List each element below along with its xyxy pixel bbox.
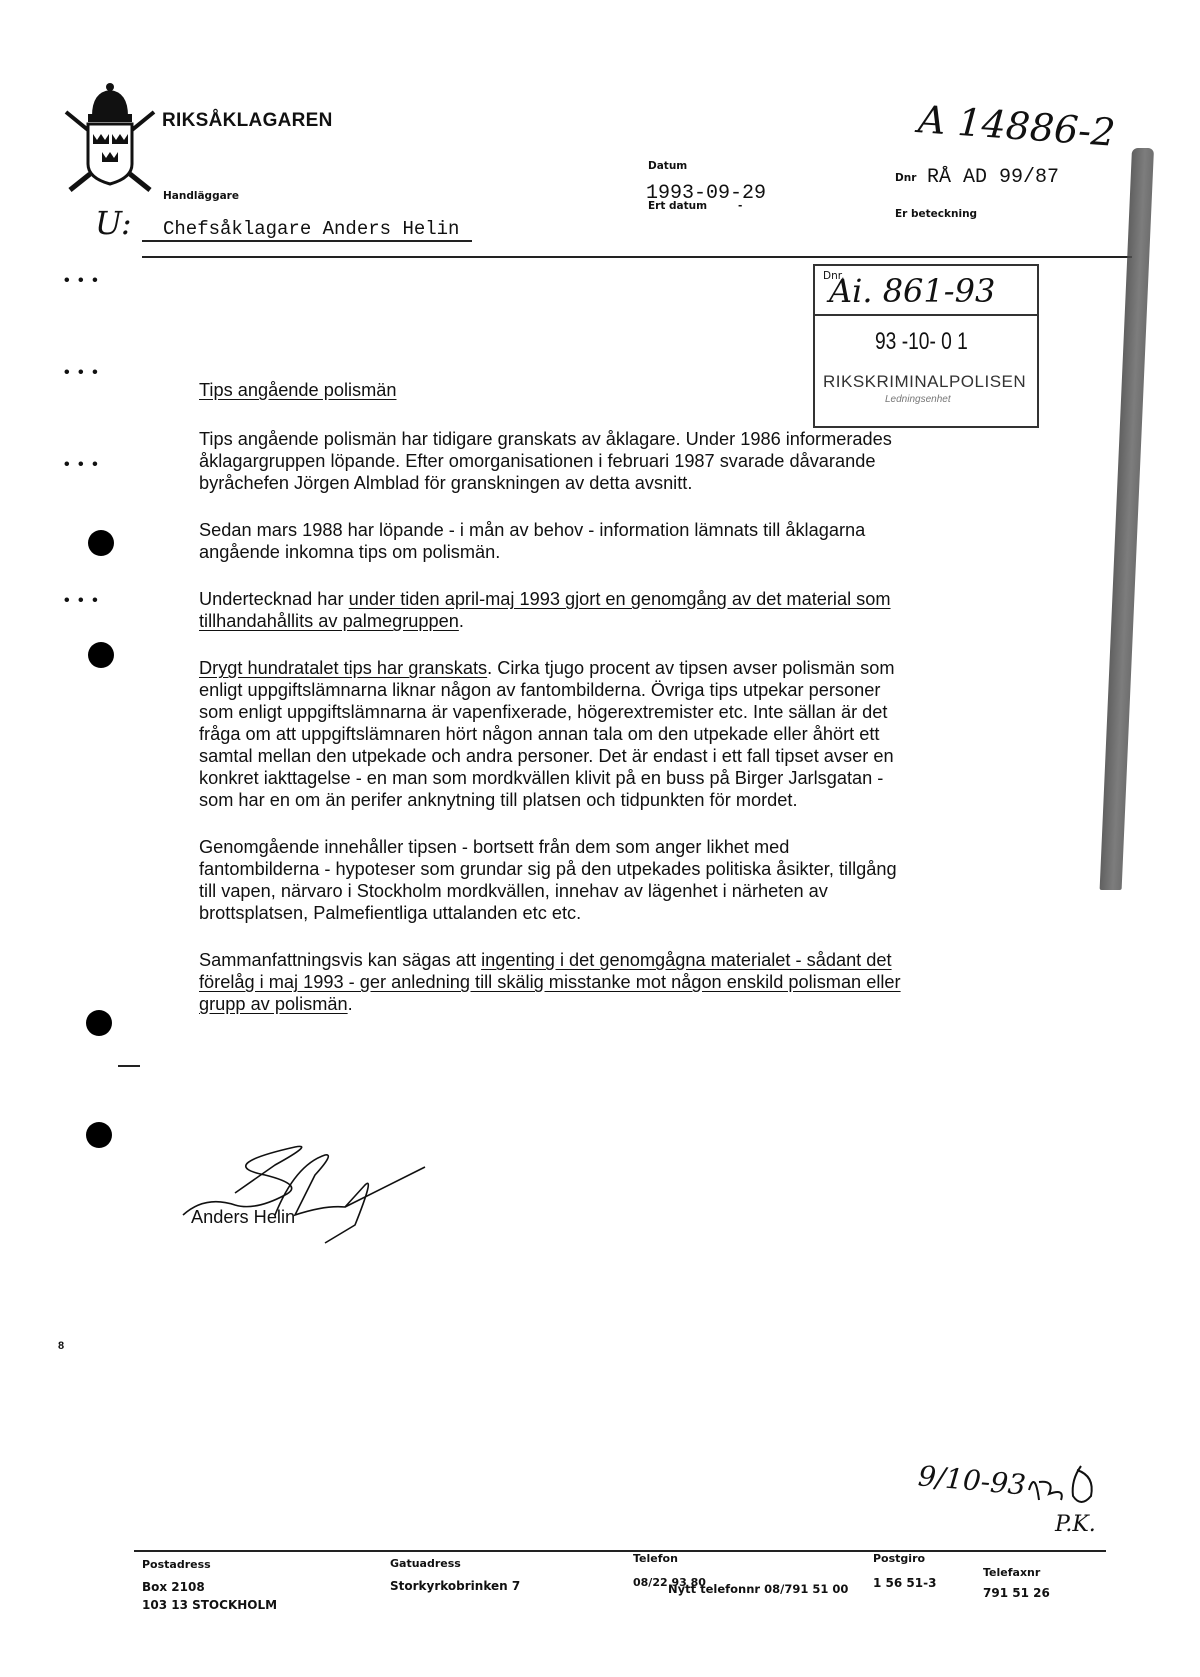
underlined-text: Drygt hundratalet tips har granskats xyxy=(199,658,487,678)
letter-paragraph: Sammanfattningsvis kan sägas att ingenti… xyxy=(199,949,909,1015)
organization-name: RIKSÅKLAGAREN xyxy=(162,110,333,132)
handwritten-reference: A 14886-2 xyxy=(917,97,1117,155)
gatuadress-label: Gatuadress xyxy=(390,1557,461,1570)
letter-paragraph: Genomgående innehåller tipsen - bortsett… xyxy=(199,836,909,924)
paragraph-text: . Cirka tjugo procent av tipsen avser po… xyxy=(199,658,895,810)
postadress-line1: Box 2108 xyxy=(142,1578,205,1596)
letter-body: Tips angående polismän har tidigare gran… xyxy=(199,428,909,1040)
er-beteckning-label: Er beteckning xyxy=(895,208,977,220)
ert-datum-value: - xyxy=(738,200,742,212)
paragraph-text: Sedan mars 1988 har löpande - i mån av b… xyxy=(199,520,865,562)
telefon-label: Telefon xyxy=(633,1552,678,1565)
signature-name: Anders Helin xyxy=(191,1207,295,1228)
margin-dots: • • • xyxy=(64,456,100,474)
stamp-office: RIKSKRIMINALPOLISEN xyxy=(823,372,1026,392)
punch-hole xyxy=(88,530,114,556)
paragraph-text: . xyxy=(348,994,353,1014)
signature-scribble xyxy=(175,1135,435,1245)
handlaggare-label: Handläggare xyxy=(163,190,239,202)
postadress-label: Postadress xyxy=(142,1558,211,1571)
punch-hole xyxy=(86,1010,112,1036)
telefax-value: 791 51 26 xyxy=(983,1584,1050,1602)
handwritten-initials: U: xyxy=(95,204,132,242)
datum-label: Datum xyxy=(648,160,687,172)
letter-paragraph: Undertecknad har under tiden april-maj 1… xyxy=(199,588,909,632)
margin-dots: • • • xyxy=(64,364,100,382)
paragraph-text: Tips angående polismän har tidigare gran… xyxy=(199,429,892,493)
dnr-value: RÅ AD 99/87 xyxy=(927,166,1059,189)
letter-paragraph: Tips angående polismän har tidigare gran… xyxy=(199,428,909,494)
telefon-new: Nytt telefonnr 08/791 51 00 xyxy=(668,1580,848,1598)
gatuadress-value: Storkyrkobrinken 7 xyxy=(390,1577,520,1595)
page-mark: 8 xyxy=(58,1340,64,1352)
paragraph-text: Genomgående innehåller tipsen - bortsett… xyxy=(199,837,897,923)
coat-of-arms-logo xyxy=(62,82,158,194)
handlaggare-underline xyxy=(142,240,472,242)
scan-shadow-bar xyxy=(1100,148,1154,890)
footer-divider xyxy=(134,1550,1106,1552)
registration-stamp: Dnr. Ai. 861-93 93 -10- 0 1 RIKSKRIMINAL… xyxy=(813,264,1039,428)
postgiro-value: 1 56 51-3 xyxy=(873,1574,936,1592)
paragraph-text: Sammanfattningsvis kan sägas att xyxy=(199,950,481,970)
postgiro-label: Postgiro xyxy=(873,1552,925,1565)
stamp-dnr-handwritten: Ai. 861-93 xyxy=(829,272,995,310)
margin-dots: • • • xyxy=(64,272,100,290)
stamp-dnr-row: Dnr. Ai. 861-93 xyxy=(815,266,1037,316)
header-divider xyxy=(142,256,1132,258)
paragraph-text: . xyxy=(459,611,464,631)
handlaggare-value: Chefsåklagare Anders Helin xyxy=(163,218,459,240)
handwritten-pk: P.K. xyxy=(1055,1512,1096,1537)
paragraph-text: Undertecknad har xyxy=(199,589,349,609)
handwritten-date-note: 9/10-93 xyxy=(917,1459,1027,1501)
dnr-label: Dnr xyxy=(895,172,916,184)
ert-datum-label: Ert datum xyxy=(648,200,707,212)
telefax-label: Telefaxnr xyxy=(983,1566,1040,1579)
letter-paragraph: Drygt hundratalet tips har granskats. Ci… xyxy=(199,657,909,811)
postadress-line2: 103 13 STOCKHOLM xyxy=(142,1596,277,1614)
margin-tick xyxy=(118,1065,140,1067)
punch-hole xyxy=(86,1122,112,1148)
punch-hole xyxy=(88,642,114,668)
stamp-date: 93 -10- 0 1 xyxy=(875,328,968,356)
letter-paragraph: Sedan mars 1988 har löpande - i mån av b… xyxy=(199,519,909,563)
stamp-office-sub: Ledningsenhet xyxy=(885,394,951,405)
letter-heading: Tips angående polismän xyxy=(199,380,397,401)
margin-dots: • • • xyxy=(64,592,100,610)
